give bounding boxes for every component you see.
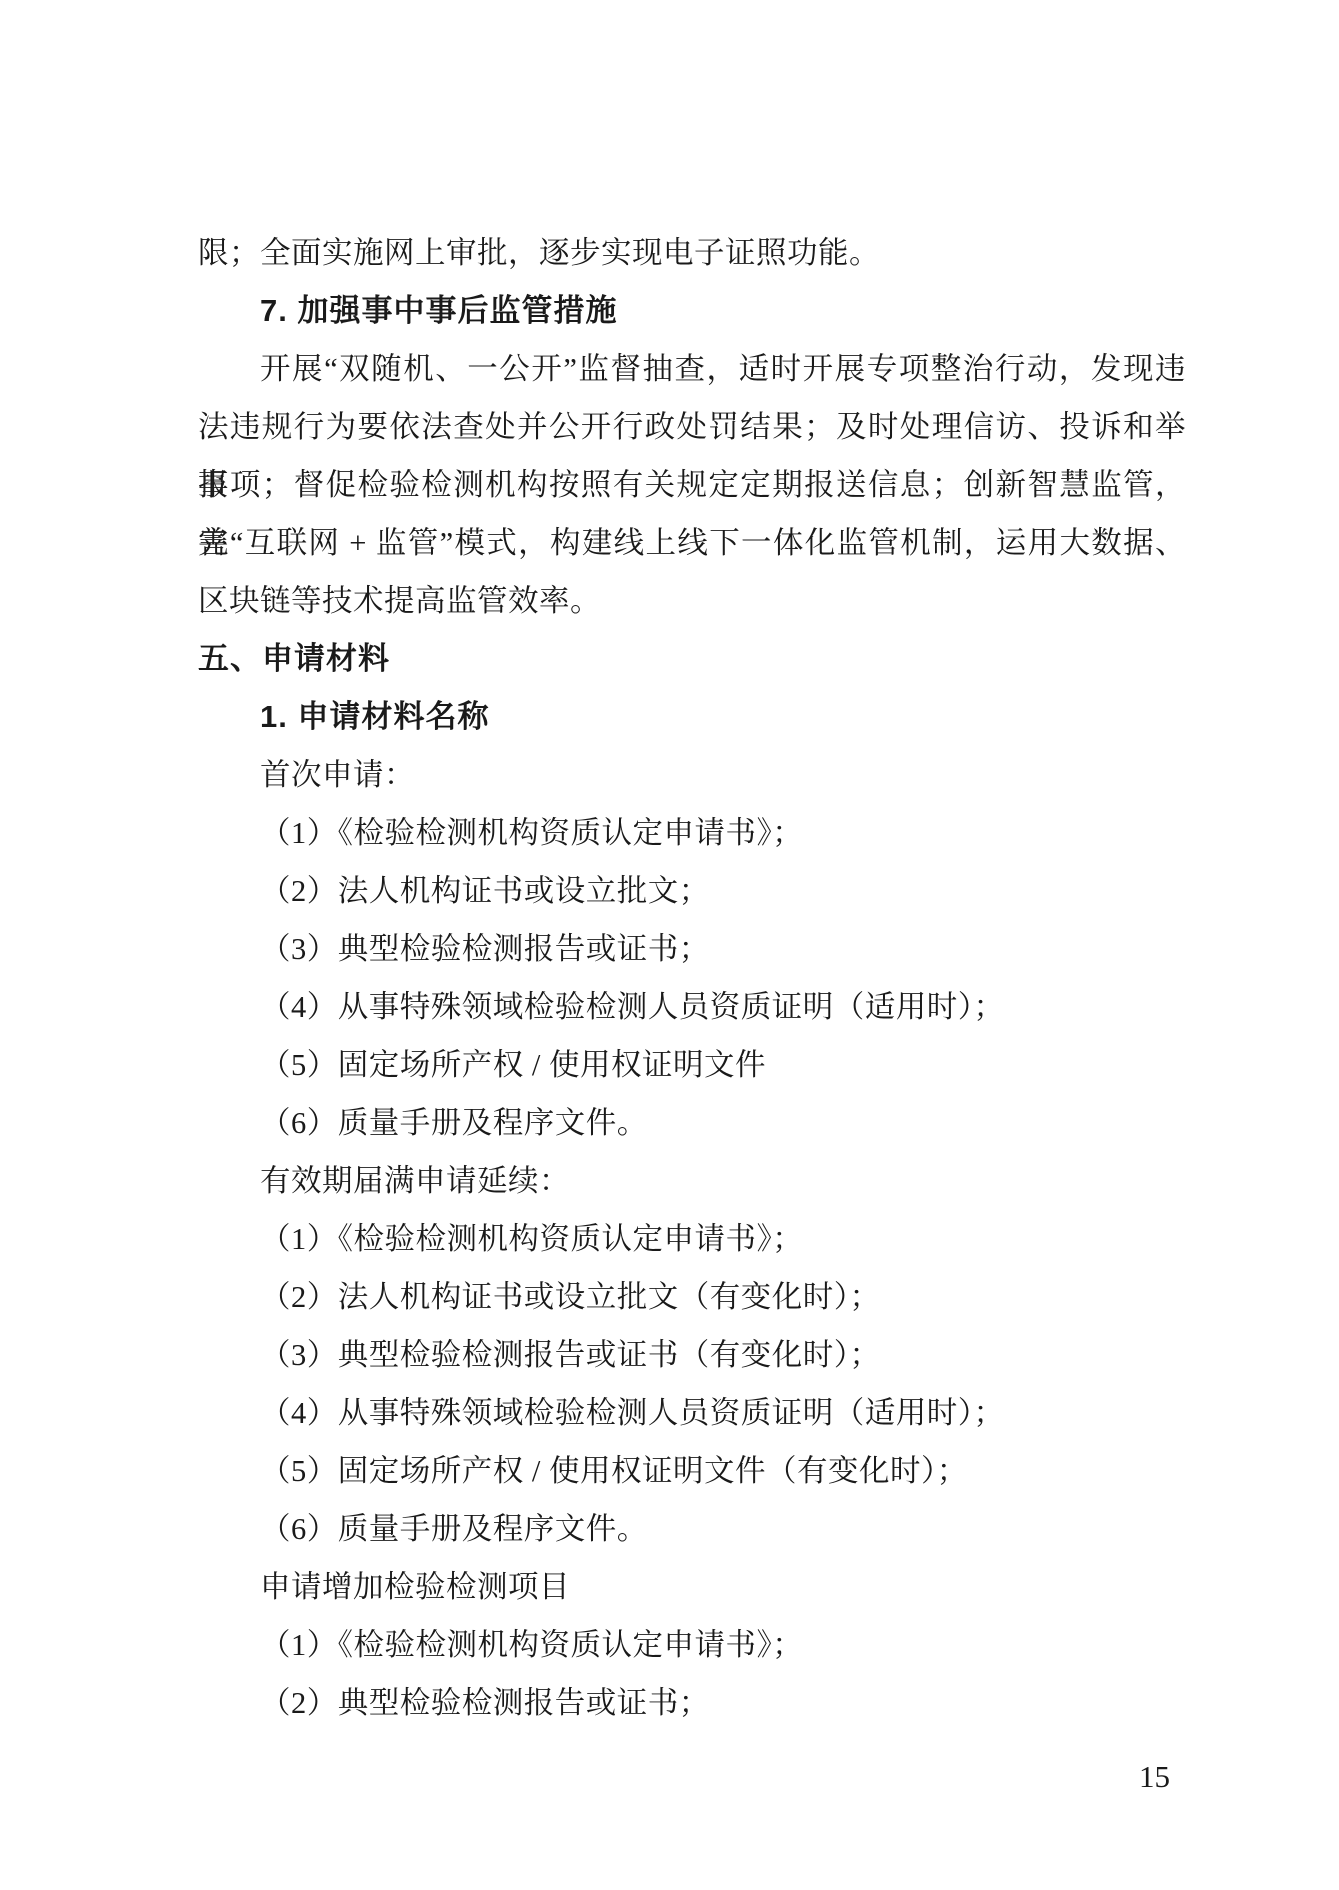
text-line: 善“互联网 + 监管”模式，构建线上线下一体化监管机制，运用大数据、 — [198, 514, 1186, 572]
text-line: （5）固定场所产权 / 使用权证明文件（有变化时）； — [198, 1442, 1186, 1500]
text-line: （2）典型检验检测报告或证书； — [198, 1674, 1186, 1732]
text-line: 限；全面实施网上审批，逐步实现电子证照功能。 — [198, 224, 1186, 282]
text-line: （3）典型检验检测报告或证书； — [198, 920, 1186, 978]
text-line: 法违规行为要依法查处并公开行政处罚结果；及时处理信访、投诉和举报 — [198, 398, 1186, 456]
text-line: （4）从事特殊领域检验检测人员资质证明（适用时）； — [198, 1384, 1186, 1442]
text-line: 首次申请： — [198, 746, 1186, 804]
text-line: 开展“双随机、一公开”监督抽查，适时开展专项整治行动，发现违 — [198, 340, 1186, 398]
text-line: （5）固定场所产权 / 使用权证明文件 — [198, 1036, 1186, 1094]
document-page: 限；全面实施网上审批，逐步实现电子证照功能。7. 加强事中事后监管措施开展“双随… — [0, 0, 1339, 1890]
text-line: （4）从事特殊领域检验检测人员资质证明（适用时）； — [198, 978, 1186, 1036]
subsection-heading: 7. 加强事中事后监管措施 — [198, 282, 1186, 340]
text-line: （1）《检验检测机构资质认定申请书》； — [198, 1210, 1186, 1268]
text-line: （1）《检验检测机构资质认定申请书》； — [198, 1616, 1186, 1674]
text-line: 区块链等技术提高监管效率。 — [198, 572, 1186, 630]
text-line: （6）质量手册及程序文件。 — [198, 1500, 1186, 1558]
page-number: 15 — [1030, 1760, 1170, 1794]
document-body: 限；全面实施网上审批，逐步实现电子证照功能。7. 加强事中事后监管措施开展“双随… — [198, 224, 1186, 1732]
text-line: （1）《检验检测机构资质认定申请书》； — [198, 804, 1186, 862]
text-line: （2）法人机构证书或设立批文（有变化时）； — [198, 1268, 1186, 1326]
text-line: 申请增加检验检测项目 — [198, 1558, 1186, 1616]
text-line: （3）典型检验检测报告或证书（有变化时）； — [198, 1326, 1186, 1384]
text-line: （2）法人机构证书或设立批文； — [198, 862, 1186, 920]
subsection-heading: 1. 申请材料名称 — [198, 688, 1186, 746]
section-heading: 五、申请材料 — [198, 630, 1186, 688]
text-line: （6）质量手册及程序文件。 — [198, 1094, 1186, 1152]
text-line: 有效期届满申请延续： — [198, 1152, 1186, 1210]
text-line: 事项；督促检验检测机构按照有关规定定期报送信息；创新智慧监管，完 — [198, 456, 1186, 514]
